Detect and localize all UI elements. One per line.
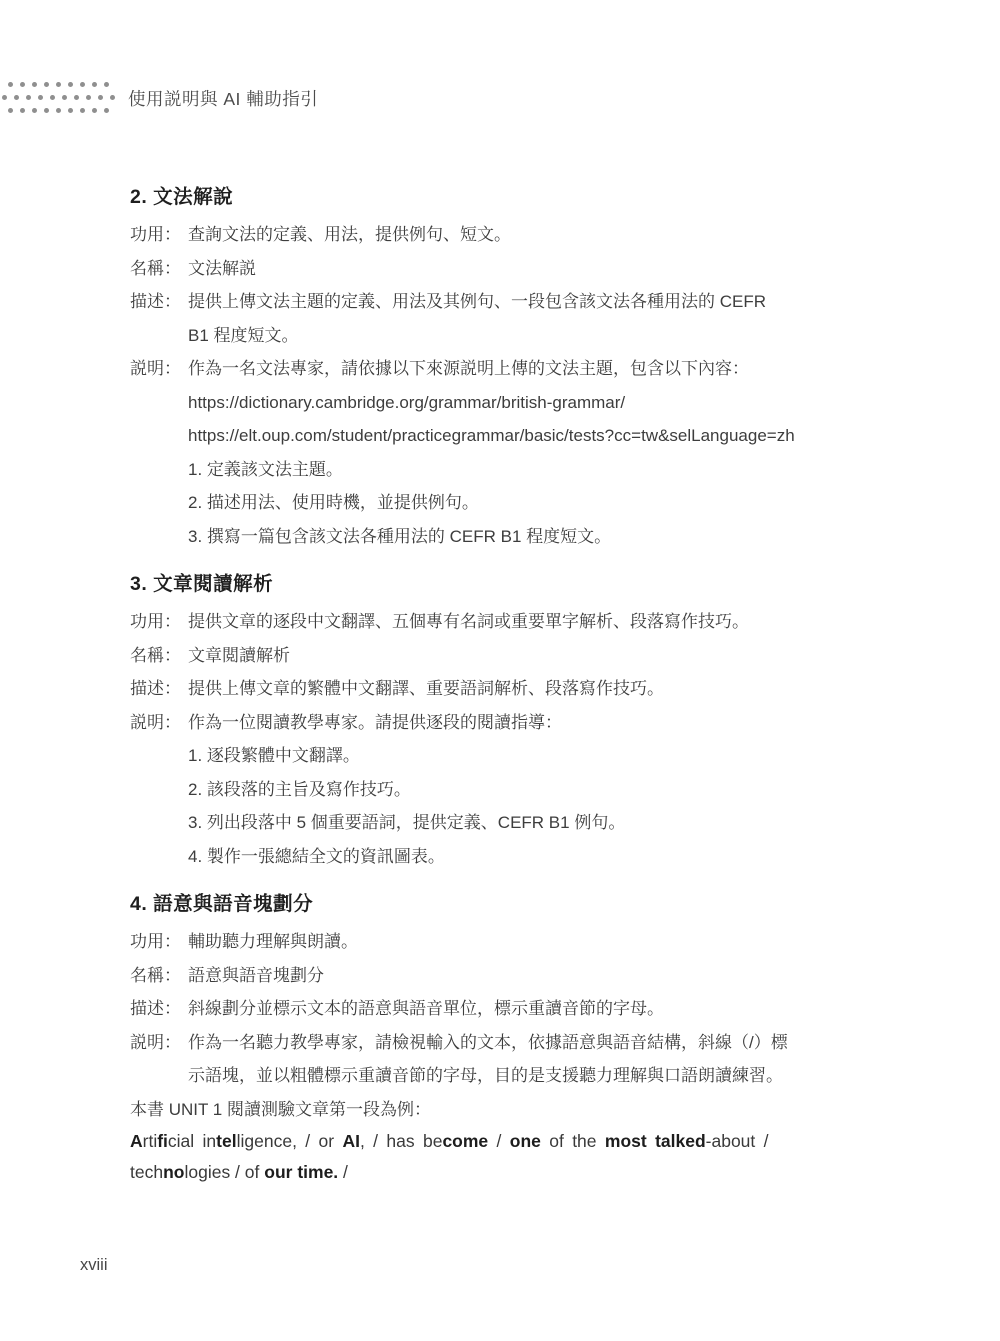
stressed-syllable: time. xyxy=(297,1162,338,1182)
field-text: 2. 描述用法、使用時機，並提供例句。 xyxy=(188,486,878,520)
plain-syllable: cial in xyxy=(168,1131,216,1151)
field-text: https://dictionary.cambridge.org/grammar… xyxy=(188,386,878,420)
field-text: 1. 逐段繁體中文翻譯。 xyxy=(188,739,878,773)
field-label: 名稱： xyxy=(130,959,188,993)
dot xyxy=(86,95,91,100)
dot xyxy=(92,108,97,113)
dot xyxy=(2,95,7,100)
dot xyxy=(50,95,55,100)
stressed-syllable: most xyxy=(605,1131,647,1151)
field-label xyxy=(130,453,188,487)
stressed-syllable: our xyxy=(264,1162,292,1182)
field-text: 提供文章的逐段中文翻譯、五個專有名詞或重要單字解析、段落寫作技巧。 xyxy=(188,605,878,639)
list-item: 1. 逐段繁體中文翻譯。 xyxy=(130,739,878,773)
list-item: 1. 定義該文法主題。 xyxy=(130,453,878,487)
plain-syllable: logies / of xyxy=(184,1162,264,1182)
field-label: 功用： xyxy=(130,605,188,639)
chunked-sentence-line: Artificial intelligence, / or AI, / has … xyxy=(130,1126,878,1157)
field-label: 功用： xyxy=(130,925,188,959)
dot xyxy=(8,82,13,87)
stressed-syllable: come xyxy=(442,1131,488,1151)
stressed-syllable: A xyxy=(130,1131,143,1151)
field-text: 斜線劃分並標示文本的語意與語音單位，標示重讀音節的字母。 xyxy=(188,992,878,1026)
field-text: technologies / of our time. / xyxy=(130,1162,348,1182)
chunked-sentence-line: technologies / of our time. / xyxy=(130,1157,878,1188)
dot xyxy=(62,95,67,100)
stressed-syllable: no xyxy=(163,1162,184,1182)
dot xyxy=(26,95,31,100)
dot-pattern-decoration xyxy=(2,78,115,117)
dot xyxy=(104,108,109,113)
field-row-name: 名稱：文法解説 xyxy=(130,252,878,286)
dot xyxy=(56,108,61,113)
section: 2. 文法解說功用：查詢文法的定義、用法，提供例句、短文。名稱：文法解説描述：提… xyxy=(130,182,878,553)
page-number: xviii xyxy=(80,1256,108,1275)
field-label: 描述： xyxy=(130,672,188,706)
field-continuation: B1 程度短文。 xyxy=(130,319,878,353)
url-line: https://dictionary.cambridge.org/grammar… xyxy=(130,386,878,420)
field-label: 名稱： xyxy=(130,252,188,286)
stressed-syllable: AI xyxy=(342,1131,360,1151)
field-label: 描述： xyxy=(130,285,188,319)
section-heading: 4. 語意與語音塊劃分 xyxy=(130,889,878,919)
dot xyxy=(20,82,25,87)
field-label xyxy=(130,419,188,453)
field-text: 文法解説 xyxy=(188,252,878,286)
field-row-name: 名稱：文章閲讀解析 xyxy=(130,639,878,673)
field-label: 功用： xyxy=(130,218,188,252)
dot xyxy=(56,82,61,87)
plain-syllable: tech xyxy=(130,1162,163,1182)
field-label xyxy=(130,806,188,840)
field-text: 3. 列出段落中 5 個重要語詞，提供定義、CEFR B1 例句。 xyxy=(188,806,878,840)
dot xyxy=(44,82,49,87)
field-text: 本書 UNIT 1 閱讀測驗文章第一段為例： xyxy=(130,1100,431,1119)
section-heading: 2. 文法解說 xyxy=(130,182,878,212)
dot xyxy=(92,82,97,87)
stressed-syllable: talked xyxy=(655,1131,706,1151)
dot-row xyxy=(2,104,115,117)
stressed-syllable: tel xyxy=(216,1131,236,1151)
field-text: Artificial intelligence, / or AI, / has … xyxy=(130,1131,769,1151)
field-row-function: 功用：提供文章的逐段中文翻譯、五個專有名詞或重要單字解析、段落寫作技巧。 xyxy=(130,605,878,639)
field-label: 説明： xyxy=(130,352,188,386)
field-label xyxy=(130,773,188,807)
field-label xyxy=(130,520,188,554)
plain-syllable: , / has be xyxy=(360,1131,443,1151)
field-row-name: 名稱：語意與語音塊劃分 xyxy=(130,959,878,993)
field-label: 描述： xyxy=(130,992,188,1026)
dot xyxy=(104,82,109,87)
field-text: 語意與語音塊劃分 xyxy=(188,959,878,993)
field-row-instruction: 説明：作為一名文法專家，請依據以下來源説明上傳的文法主題，包含以下內容： xyxy=(130,352,878,386)
section: 4. 語意與語音塊劃分功用：輔助聽力理解與朗讀。名稱：語意與語音塊劃分描述：斜線… xyxy=(130,889,878,1188)
url-line: https://elt.oup.com/student/practicegram… xyxy=(130,419,878,453)
dot xyxy=(32,108,37,113)
dot xyxy=(20,108,25,113)
book-page: 使用説明與 AI 輔助指引 2. 文法解說功用：查詢文法的定義、用法，提供例句、… xyxy=(0,0,1000,1341)
field-text: B1 程度短文。 xyxy=(188,319,878,353)
list-item: 3. 撰寫一篇包含該文法各種用法的 CEFR B1 程度短文。 xyxy=(130,520,878,554)
field-label xyxy=(130,739,188,773)
dot xyxy=(68,108,73,113)
content: 2. 文法解說功用：查詢文法的定義、用法，提供例句、短文。名稱：文法解説描述：提… xyxy=(130,182,878,1188)
field-row-description: 描述：提供上傳文法主題的定義、用法及其例句、一段包含該文法各種用法的 CEFR xyxy=(130,285,878,319)
stressed-syllable: one xyxy=(510,1131,541,1151)
plain-syllable: ligence, / or xyxy=(237,1131,343,1151)
field-label xyxy=(130,486,188,520)
field-label xyxy=(130,386,188,420)
field-row-function: 功用：查詢文法的定義、用法，提供例句、短文。 xyxy=(130,218,878,252)
plain-syllable xyxy=(647,1131,655,1151)
field-label: 説明： xyxy=(130,706,188,740)
field-text: 4. 製作一張總結全文的資訊圖表。 xyxy=(188,840,878,874)
dot-row xyxy=(2,78,115,91)
field-text: 作為一位閱讀教學專家。請提供逐段的閱讀指導： xyxy=(188,706,878,740)
dot xyxy=(80,82,85,87)
plain-syllable: rti xyxy=(143,1131,158,1151)
dot xyxy=(98,95,103,100)
field-row-description: 描述：提供上傳文章的繁體中文翻譯、重要語詞解析、段落寫作技巧。 xyxy=(130,672,878,706)
list-item: 2. 該段落的主旨及寫作技巧。 xyxy=(130,773,878,807)
field-label xyxy=(130,319,188,353)
field-continuation: 示語塊，並以粗體標示重讀音節的字母，目的是支援聽力理解與口語朗讀練習。 xyxy=(130,1059,878,1093)
dot xyxy=(110,95,115,100)
paragraph-line: 本書 UNIT 1 閱讀測驗文章第一段為例： xyxy=(130,1093,878,1127)
field-text: 輔助聽力理解與朗讀。 xyxy=(188,925,878,959)
dot xyxy=(68,82,73,87)
dot xyxy=(74,95,79,100)
field-row-instruction: 説明：作為一位閱讀教學專家。請提供逐段的閱讀指導： xyxy=(130,706,878,740)
field-text: 示語塊，並以粗體標示重讀音節的字母，目的是支援聽力理解與口語朗讀練習。 xyxy=(188,1059,878,1093)
list-item: 4. 製作一張總結全文的資訊圖表。 xyxy=(130,840,878,874)
list-item: 3. 列出段落中 5 個重要語詞，提供定義、CEFR B1 例句。 xyxy=(130,806,878,840)
plain-syllable: of the xyxy=(541,1131,605,1151)
field-row-function: 功用：輔助聽力理解與朗讀。 xyxy=(130,925,878,959)
plain-syllable: -about / xyxy=(706,1131,769,1151)
field-text: 2. 該段落的主旨及寫作技巧。 xyxy=(188,773,878,807)
dot-row xyxy=(2,91,115,104)
dot xyxy=(44,108,49,113)
field-text: 3. 撰寫一篇包含該文法各種用法的 CEFR B1 程度短文。 xyxy=(188,520,878,554)
field-label xyxy=(130,1059,188,1093)
plain-syllable: / xyxy=(338,1162,348,1182)
field-text: 1. 定義該文法主題。 xyxy=(188,453,878,487)
page-header-title: 使用説明與 AI 輔助指引 xyxy=(128,86,318,111)
section-heading: 3. 文章閱讀解析 xyxy=(130,569,878,599)
field-row-description: 描述：斜線劃分並標示文本的語意與語音單位，標示重讀音節的字母。 xyxy=(130,992,878,1026)
plain-syllable: / xyxy=(488,1131,510,1151)
field-text: 提供上傳文章的繁體中文翻譯、重要語詞解析、段落寫作技巧。 xyxy=(188,672,878,706)
dot xyxy=(80,108,85,113)
dot xyxy=(8,108,13,113)
field-text: 文章閲讀解析 xyxy=(188,639,878,673)
section: 3. 文章閱讀解析功用：提供文章的逐段中文翻譯、五個專有名詞或重要單字解析、段落… xyxy=(130,569,878,873)
field-text: 作為一名聽力教學專家，請檢視輸入的文本，依據語意與語音結構，斜線（/）標 xyxy=(188,1026,878,1060)
dot xyxy=(32,82,37,87)
field-text: 提供上傳文法主題的定義、用法及其例句、一段包含該文法各種用法的 CEFR xyxy=(188,285,878,319)
field-text: 查詢文法的定義、用法，提供例句、短文。 xyxy=(188,218,878,252)
field-label: 説明： xyxy=(130,1026,188,1060)
field-text: 作為一名文法專家，請依據以下來源説明上傳的文法主題，包含以下內容： xyxy=(188,352,878,386)
list-item: 2. 描述用法、使用時機，並提供例句。 xyxy=(130,486,878,520)
dot xyxy=(14,95,19,100)
dot xyxy=(38,95,43,100)
field-text: https://elt.oup.com/student/practicegram… xyxy=(188,419,878,453)
field-label: 名稱： xyxy=(130,639,188,673)
stressed-syllable: fi xyxy=(157,1131,168,1151)
field-row-instruction: 説明：作為一名聽力教學專家，請檢視輸入的文本，依據語意與語音結構，斜線（/）標 xyxy=(130,1026,878,1060)
field-label xyxy=(130,840,188,874)
